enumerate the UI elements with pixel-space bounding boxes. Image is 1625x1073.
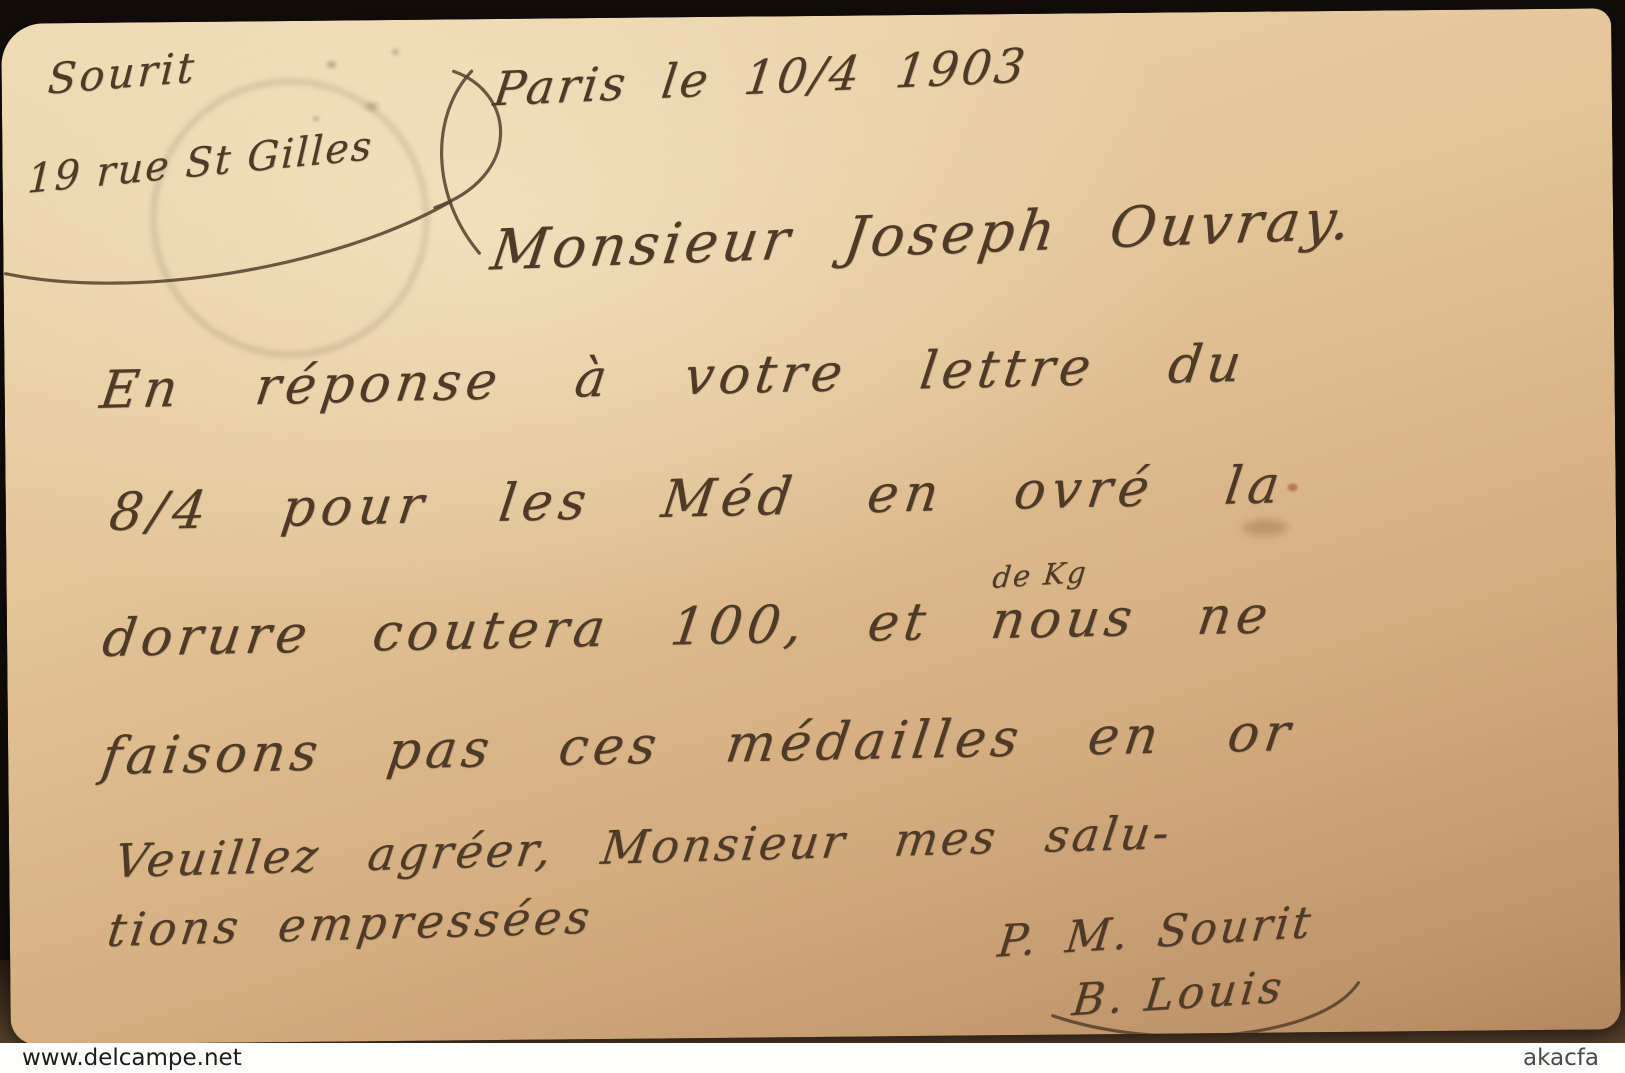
watermark-delcampe: www.delcampe.net [22,1045,242,1071]
closing-line-2: tions empressées [104,890,596,957]
paris-initial-flourish-stroke [441,71,480,253]
watermark-strip: www.delcampe.net akacfa [0,1043,1625,1073]
watermark-seller: akacfa [1523,1045,1599,1071]
salutation-line: Monsieur Joseph Ouvray. [487,187,1359,283]
signature-line-1: P. M. Sourit [995,897,1316,968]
body-line-3: dorure coutera 100, et nous ne [99,585,1276,669]
red-stain [1288,483,1298,491]
sender-name: Sourit [46,42,198,103]
closing-line-1: Veuillez agréer, Monsieur mes salu- [112,805,1175,888]
body-line-4: faisons pas ces médailles en or [98,703,1298,787]
brown-smudge [1242,519,1288,535]
body-line-2: 8/4 pour les Méd en ovré la [106,455,1289,543]
postcard: Sourit 19 rue St Gilles Paris le 10/4 19… [1,8,1621,1044]
date-line: Paris le 10/4 1903 [490,38,1031,117]
scan-frame: Sourit 19 rue St Gilles Paris le 10/4 19… [0,0,1625,1073]
